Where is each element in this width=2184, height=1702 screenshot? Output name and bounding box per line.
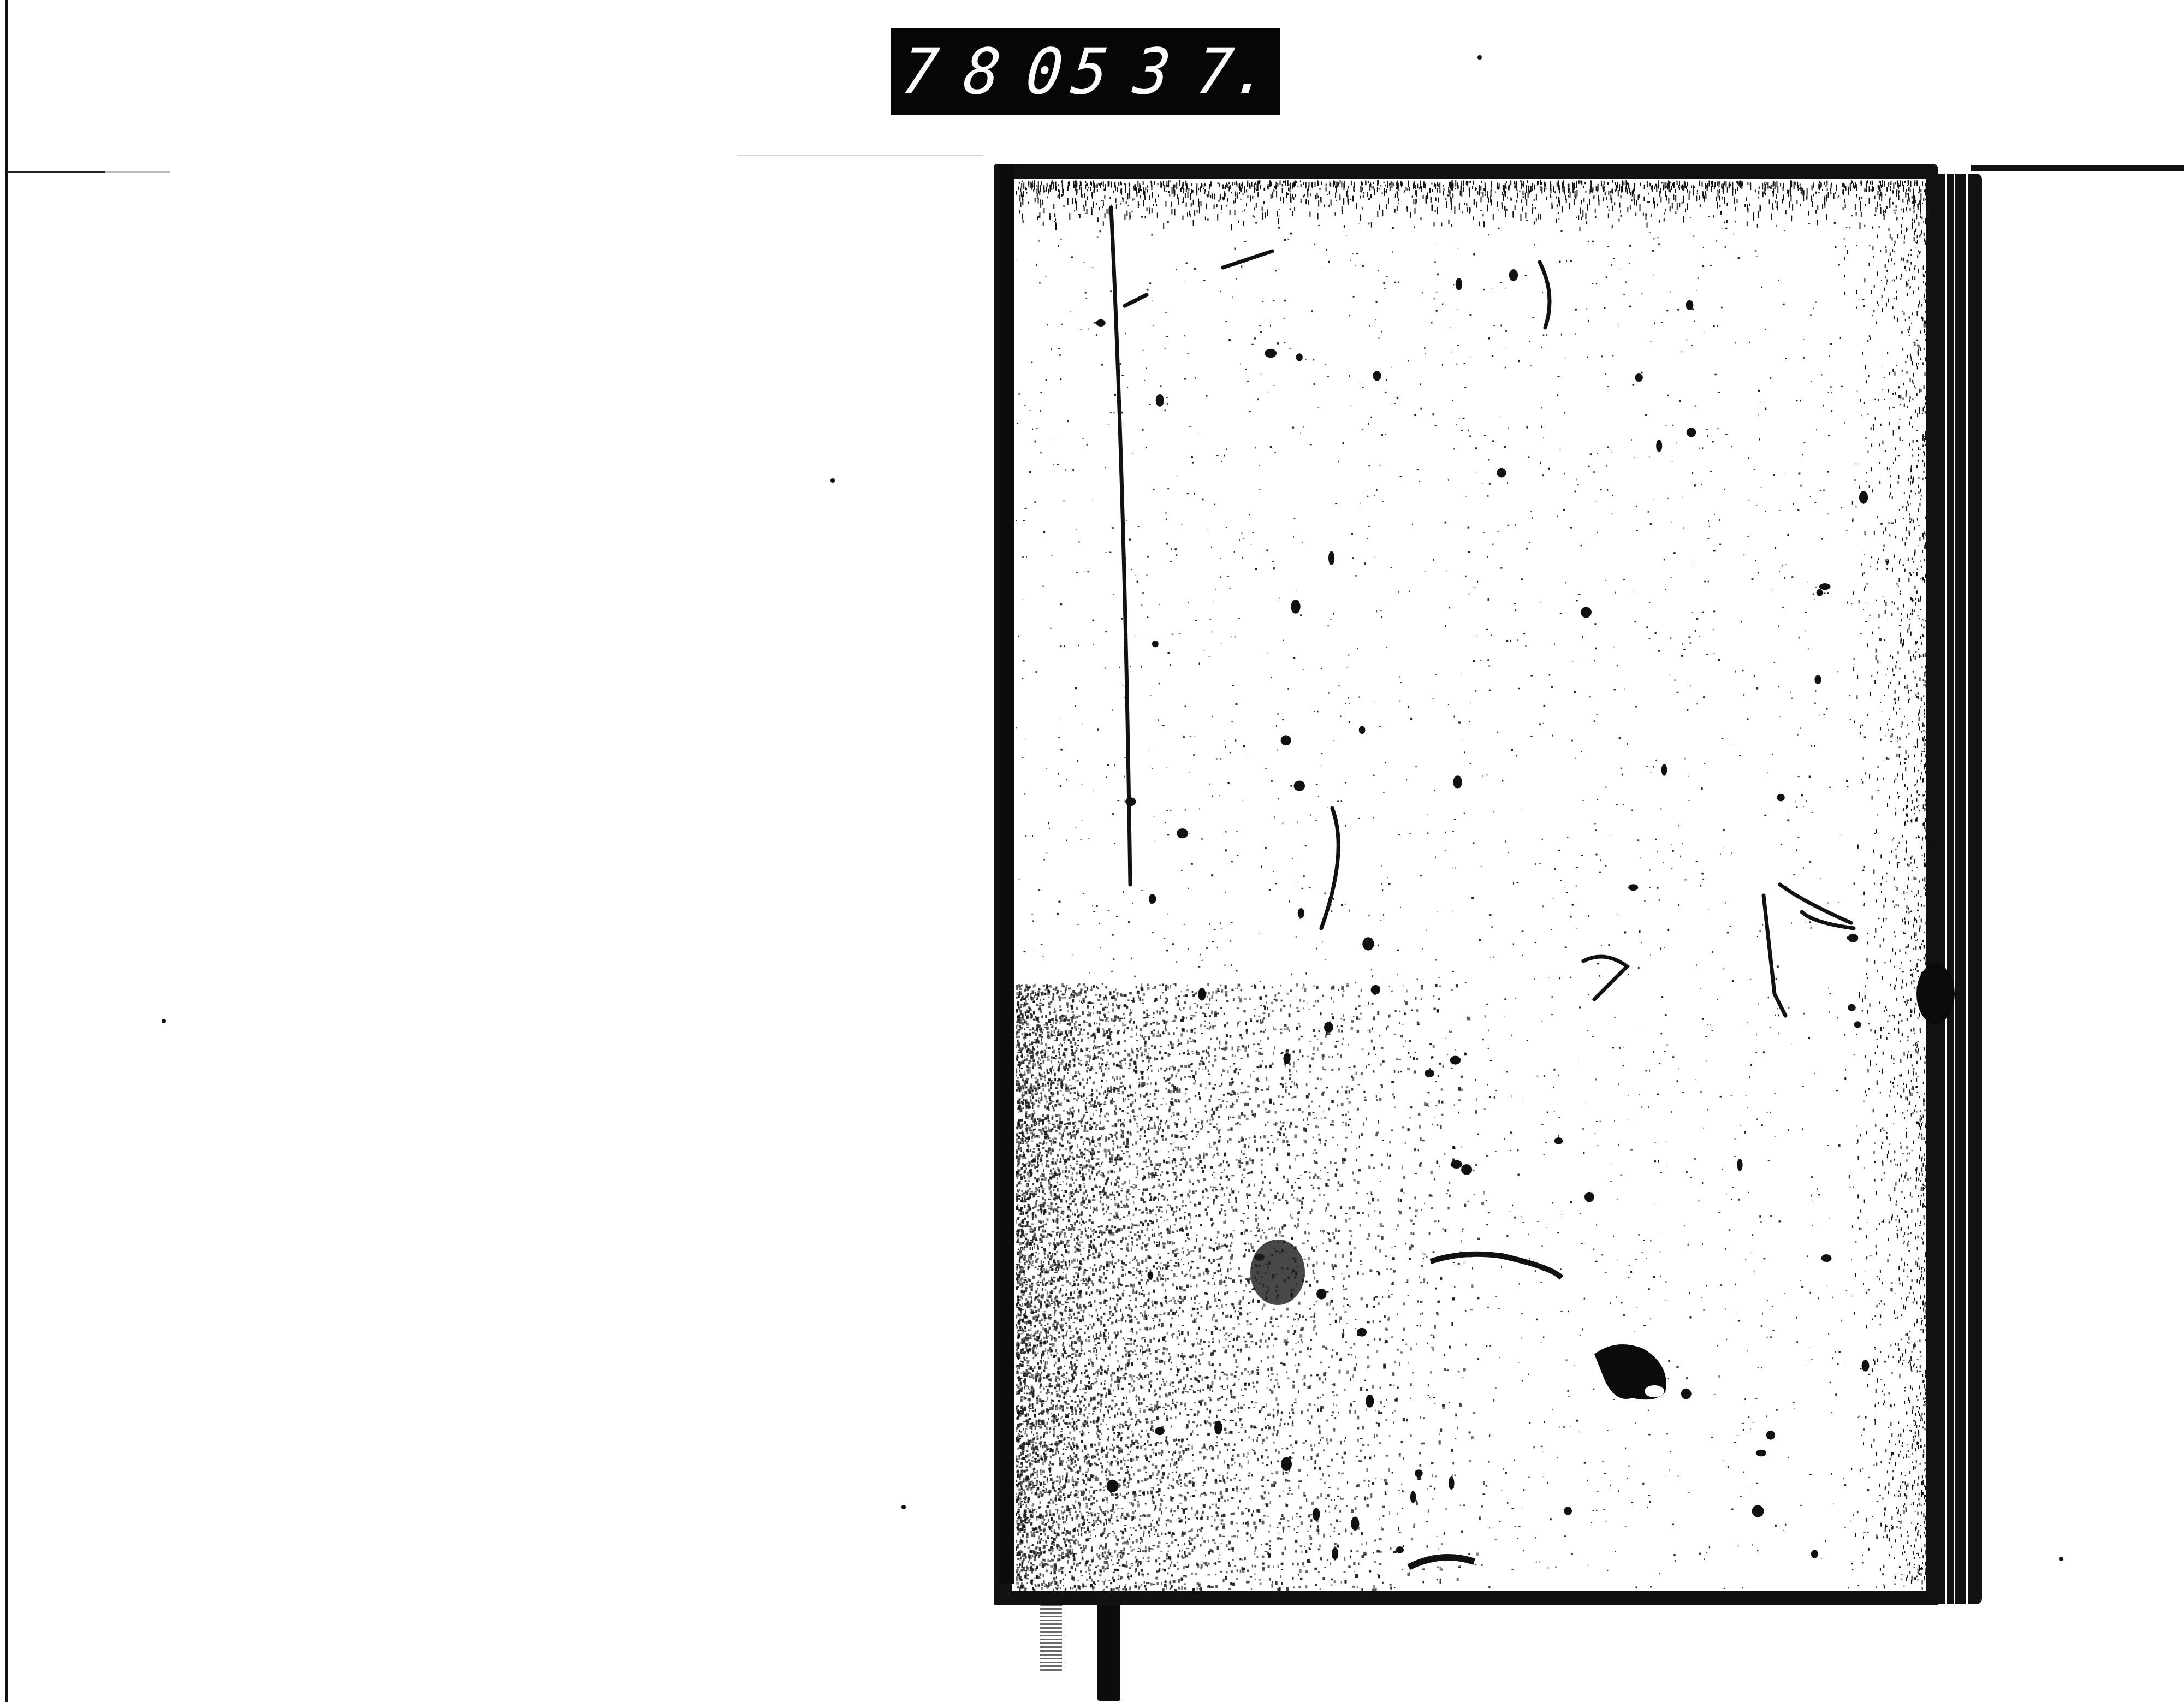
cover-wear-texture: [0, 0, 2184, 1702]
